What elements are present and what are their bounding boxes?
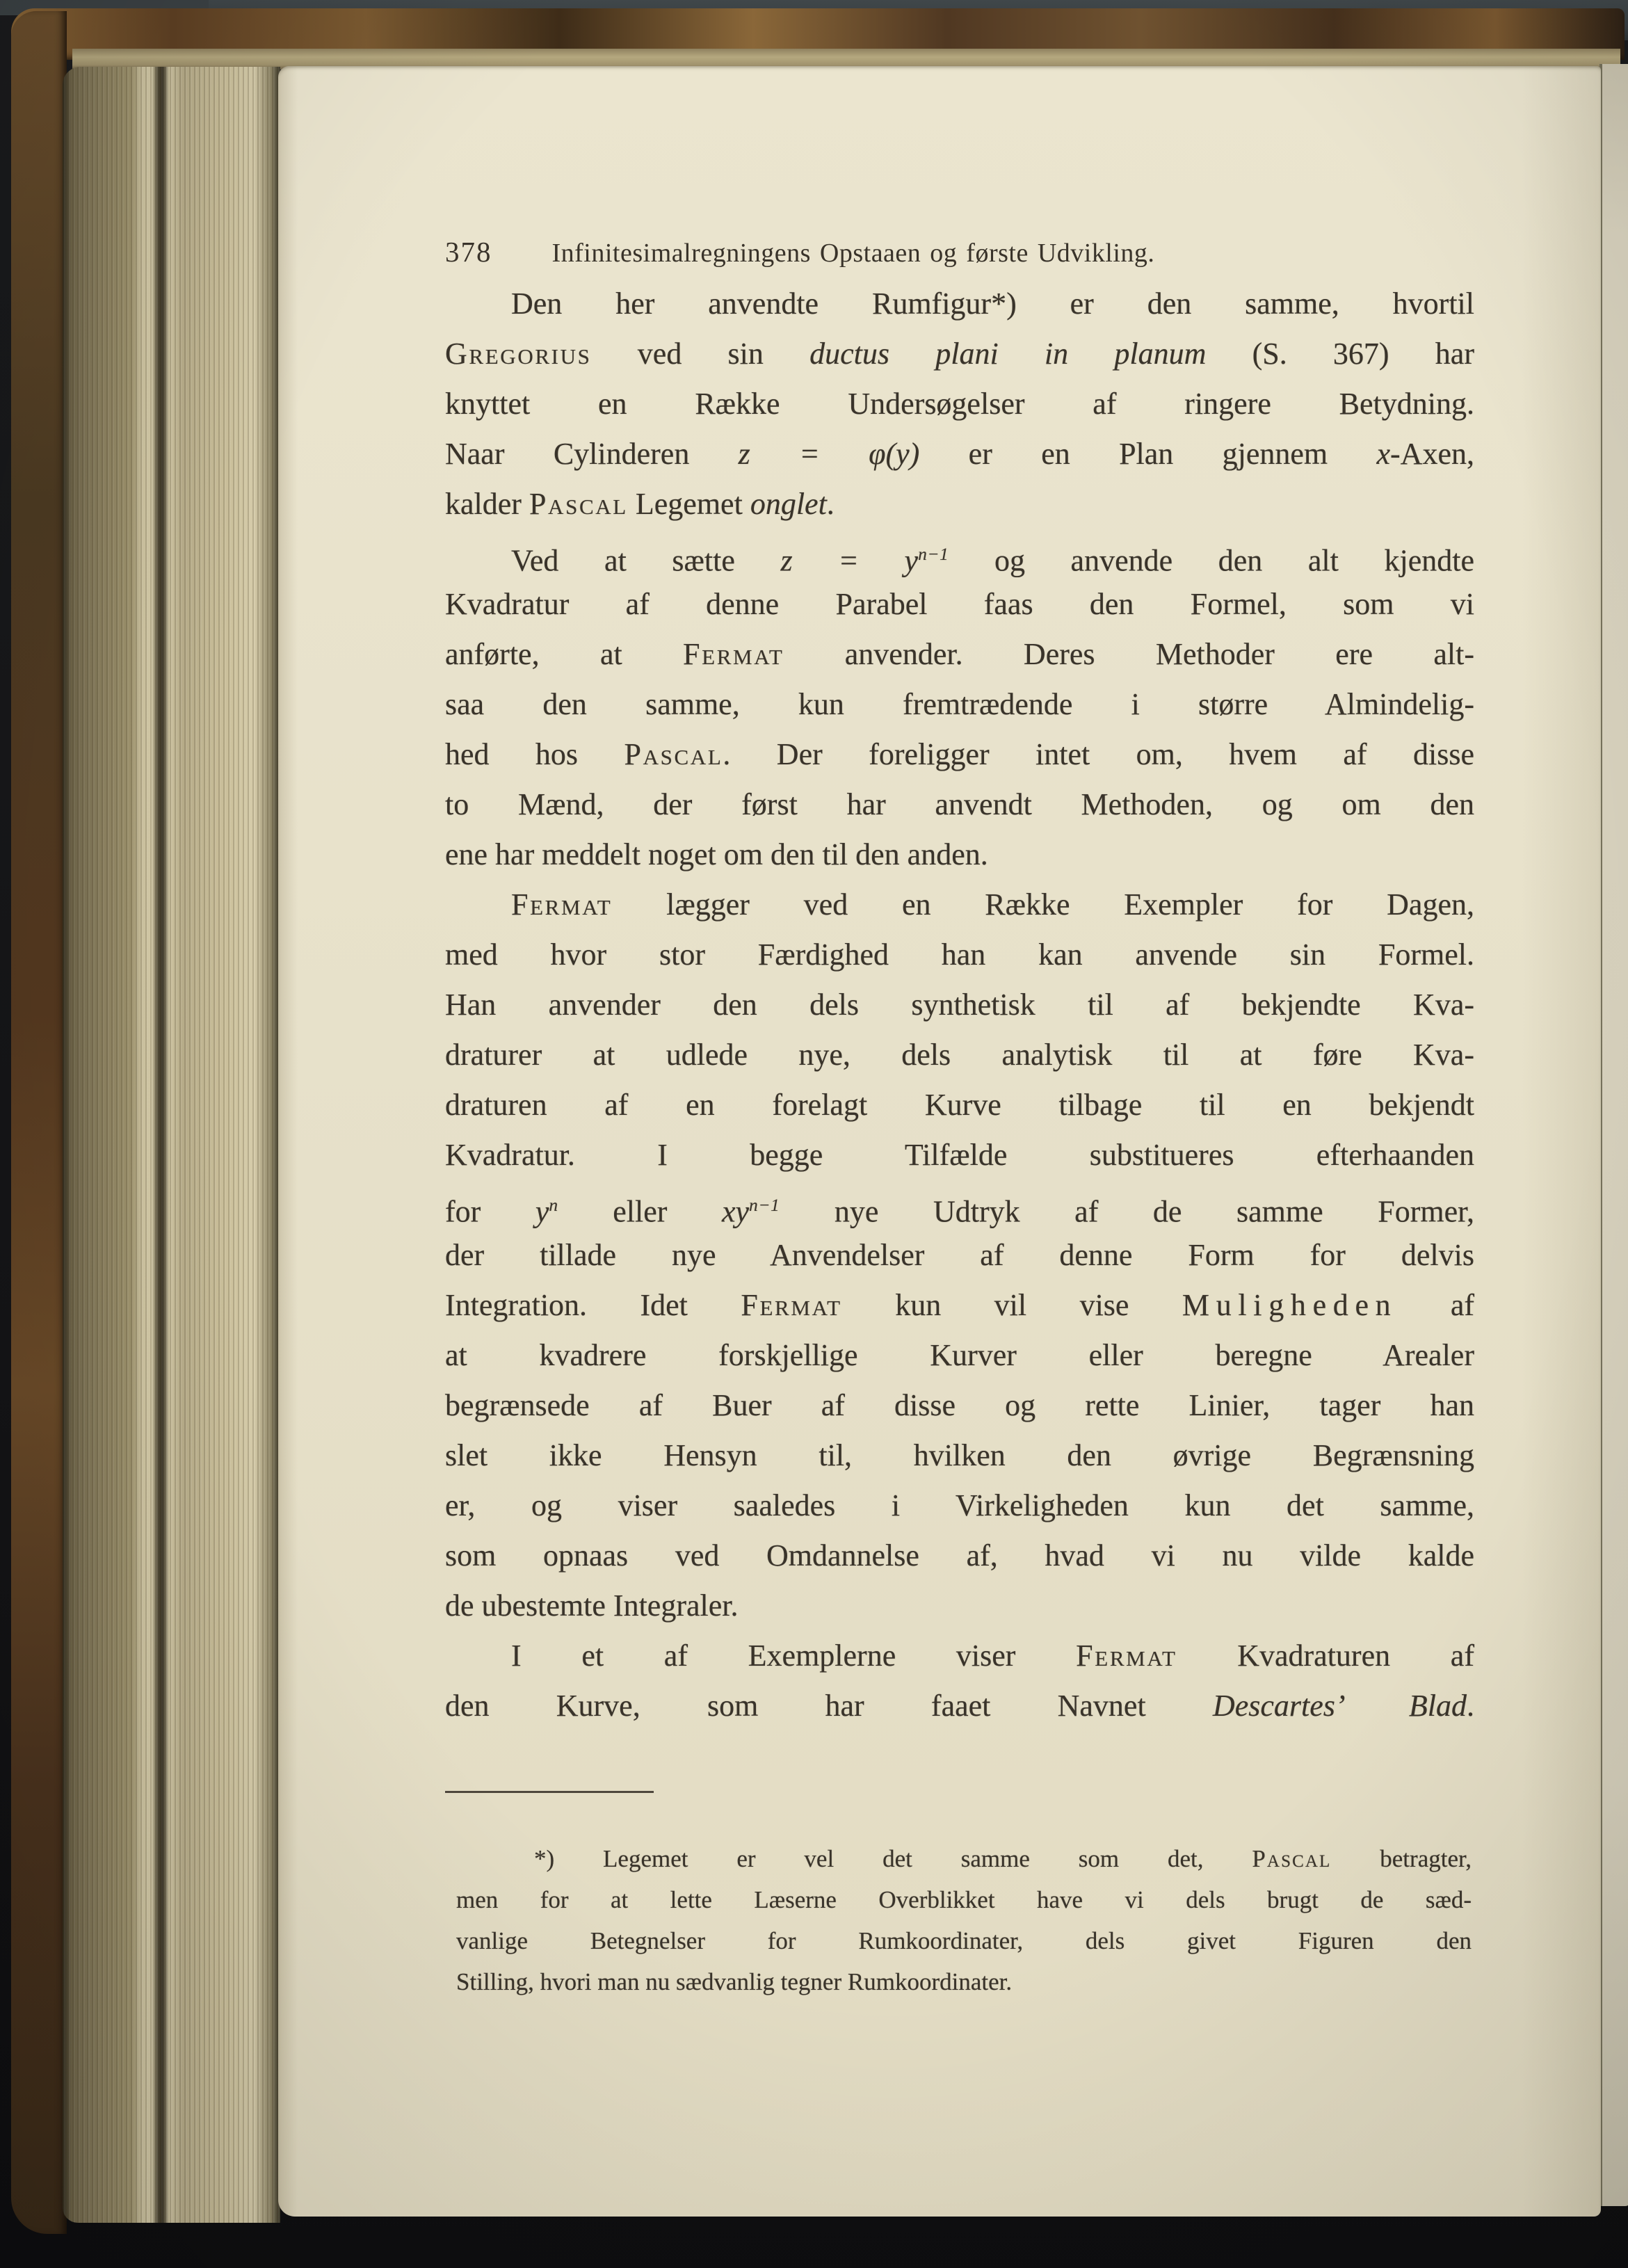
text-segment-i: z = φ(y) <box>739 437 920 471</box>
book-page: 378Infinitesimalregningens Opstaaen og f… <box>278 66 1601 2217</box>
footnote-separator-rule <box>445 1791 654 1793</box>
text-line: hed hos Pascal. Der foreligger intet om,… <box>445 730 1474 780</box>
text-line: ene har meddelt noget om den til den and… <box>445 830 1474 880</box>
text-segment-sc: Gregorius <box>445 337 592 371</box>
text-line: vanlige Betegnelser for Rumkoordinater, … <box>456 1920 1472 1961</box>
page-stack-fore-edge <box>63 67 280 2223</box>
text-line: Ved at sætte z = yn−1 og anvende den alt… <box>445 529 1474 579</box>
text-line: Gregorius ved sin ductus plani in planum… <box>445 329 1474 379</box>
text-line: Fermat lægger ved en Række Exempler for … <box>445 880 1474 930</box>
text-line: Den her anvendte Rumfigur*) er den samme… <box>445 279 1474 329</box>
text-line: slet ikke Hensyn til, hvilken den øvrige… <box>445 1431 1474 1481</box>
text-segment-sc: Pascal <box>1252 1845 1331 1872</box>
text-line: begrænsede af Buer af disse og rette Lin… <box>445 1381 1474 1431</box>
text-segment-sc: Fermat <box>741 1288 841 1322</box>
text-line: draturer at udlede nye, dels analytisk t… <box>445 1030 1474 1080</box>
text-line: kalder Pascal Legemet onglet. <box>445 479 1474 529</box>
text-line: Naar Cylinderen z = φ(y) er en Plan gjen… <box>445 429 1474 479</box>
text-line: Han anvender den dels synthetisk til af … <box>445 980 1474 1030</box>
text-line: er, og viser saaledes i Virkeligheden ku… <box>445 1481 1474 1531</box>
text-segment-i: y <box>535 1194 549 1228</box>
running-title: Infinitesimalregningens Opstaaen og førs… <box>552 239 1155 268</box>
text-line: der tillade nye Anvendelser af denne For… <box>445 1230 1474 1280</box>
page-right-edge <box>1599 64 1628 2206</box>
footnote-text: *) Legemet er vel det samme som det, Pas… <box>456 1838 1472 2002</box>
text-line: knyttet en Række Undersøgelser af ringer… <box>445 379 1474 429</box>
text-segment-sc: Pascal <box>529 487 628 521</box>
text-line: som opnaas ved Omdannelse af, hvad vi nu… <box>445 1531 1474 1581</box>
text-line: I et af Exemplerne viser Fermat Kvadratu… <box>445 1631 1474 1681</box>
text-segment-i: onglet <box>750 487 827 521</box>
book-photo: 378Infinitesimalregningens Opstaaen og f… <box>0 0 1628 2268</box>
text-segment-i: x <box>1376 437 1390 471</box>
page-header: 378Infinitesimalregningens Opstaaen og f… <box>445 236 1474 269</box>
text-line: Kvadratur. I begge Tilfælde substitueres… <box>445 1130 1474 1180</box>
text-segment-sup: n−1 <box>918 544 949 564</box>
text-segment-sc: Fermat <box>1076 1639 1177 1673</box>
text-line: for yn eller xyn−1 nye Udtryk af de samm… <box>445 1180 1474 1230</box>
leather-cover-left <box>11 11 67 2234</box>
text-line: anførte, at Fermat anvender. Deres Metho… <box>445 629 1474 679</box>
text-line: men for at lette Læserne Overblikket hav… <box>456 1879 1472 1920</box>
text-segment-i: xy <box>722 1194 749 1228</box>
text-line: den Kurve, som har faaet Navnet Descarte… <box>445 1681 1474 1731</box>
text-segment-i: Descartes’ Blad <box>1213 1689 1467 1723</box>
page-number: 378 <box>445 236 492 268</box>
text-segment-i: ductus plani in planum <box>809 337 1206 371</box>
text-line: *) Legemet er vel det samme som det, Pas… <box>456 1838 1472 1879</box>
text-segment-ls: Muligheden <box>1182 1288 1397 1322</box>
text-segment-sup: n−1 <box>749 1195 780 1215</box>
text-segment-sc: Fermat <box>511 887 612 922</box>
text-segment-i: z = y <box>780 543 918 577</box>
text-line: saa den samme, kun fremtrædende i større… <box>445 679 1474 730</box>
text-line: de ubestemte Integraler. <box>445 1581 1474 1631</box>
text-segment-sc: Pascal <box>624 737 723 771</box>
text-segment-sup: n <box>549 1195 558 1215</box>
text-line: Integration. Idet Fermat kun vil vise Mu… <box>445 1280 1474 1330</box>
text-line: draturen af en forelagt Kurve tilbage ti… <box>445 1080 1474 1130</box>
text-line: med hvor stor Færdighed han kan anvende … <box>445 930 1474 980</box>
text-line: to Mænd, der først har anvendt Methoden,… <box>445 780 1474 830</box>
text-line: Kvadratur af denne Parabel faas den Form… <box>445 579 1474 629</box>
text-line: Stilling, hvori man nu sædvanlig tegner … <box>456 1961 1472 2002</box>
body-text: Den her anvendte Rumfigur*) er den samme… <box>445 279 1474 1731</box>
text-line: at kvadrere forskjellige Kurver eller be… <box>445 1330 1474 1381</box>
text-segment-sc: Fermat <box>683 637 784 671</box>
